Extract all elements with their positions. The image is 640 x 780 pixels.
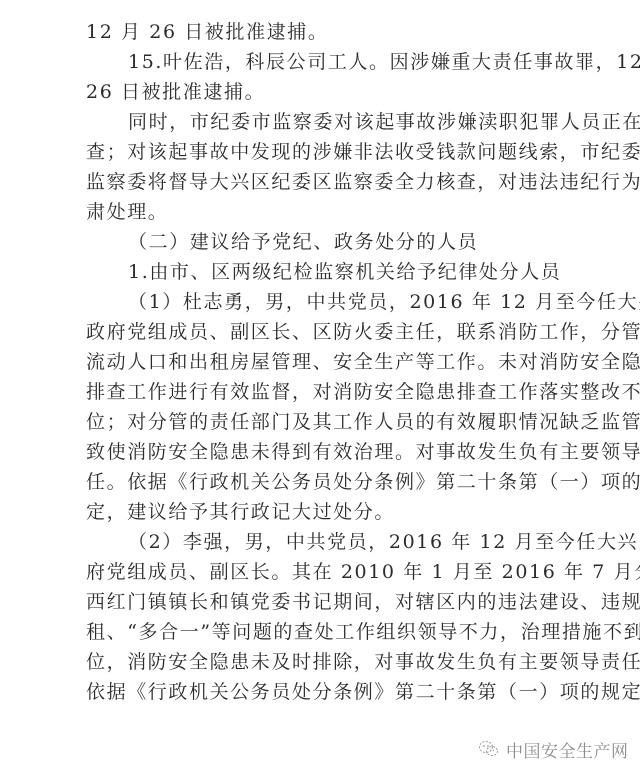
text-line: 查；对该起事故中发现的涉嫌非法收受钱款问题线索，市纪委市: [86, 137, 562, 167]
watermark: 中国安全生产网: [478, 737, 629, 761]
section-heading: （二）建议给予党纪、政务处分的人员: [128, 227, 562, 257]
text-line: 任。依据《行政机关公务员处分条例》第二十条第（一）项的规: [86, 467, 562, 497]
text-line: （1）杜志勇，男，中共党员，2016 年 12 月至今任大兴区: [128, 287, 562, 317]
text-line: 位；对分管的责任部门及其工作人员的有效履职情况缺乏监管，: [86, 407, 562, 437]
text-line: 肃处理。: [86, 197, 562, 227]
watermark-text: 中国安全生产网: [506, 737, 629, 762]
text-line: 位，消防安全隐患未及时排除，对事故发生负有主要领导责任。: [86, 647, 562, 677]
subsection-heading: 1.由市、区两级纪检监察机关给予纪律处分人员: [128, 257, 562, 287]
text-line: 西红门镇镇长和镇党委书记期间，对辖区内的违法建设、违规出: [86, 587, 562, 617]
text-line: 流动人口和出租房屋管理、安全生产等工作。未对消防安全隐患: [86, 347, 562, 377]
text-line: 定，建议给予其行政记大过处分。: [86, 497, 562, 527]
text-line: 府党组成员、副区长。其在 2010 年 1 月至 2016 年 7 月分别担任: [86, 557, 562, 587]
text-line: 监察委将督导大兴区纪委区监察委全力核查，对违法违纪行为严: [86, 167, 562, 197]
wechat-icon: [478, 739, 500, 759]
text-line: 致使消防安全隐患未得到有效治理。对事故发生负有主要领导责: [86, 437, 562, 467]
text-line: 依据《行政机关公务员处分条例》第二十条第（一）项的规定，: [86, 677, 562, 707]
text-line: 同时，市纪委市监察委对该起事故涉嫌渎职犯罪人员正在调: [128, 107, 562, 137]
text-line: （2）李强，男，中共党员，2016 年 12 月至今任大兴区政: [128, 527, 562, 557]
text-line: 政府党组成员、副区长、区防火委主任，联系消防工作，分管区: [86, 317, 562, 347]
text-line: 15.叶佐浩，科辰公司工人。因涉嫌重大责任事故罪，12 月: [128, 47, 562, 77]
text-line: 12 月 26 日被批准逮捕。: [86, 17, 562, 47]
text-line: 26 日被批准逮捕。: [86, 77, 562, 107]
text-line: 排查工作进行有效监督，对消防安全隐患排查工作落实整改不到: [86, 377, 562, 407]
document-page: 12 月 26 日被批准逮捕。 15.叶佐浩，科辰公司工人。因涉嫌重大责任事故罪…: [0, 0, 640, 780]
text-line: 租、“多合一”等问题的查处工作组织领导不力，治理措施不到: [86, 617, 562, 647]
